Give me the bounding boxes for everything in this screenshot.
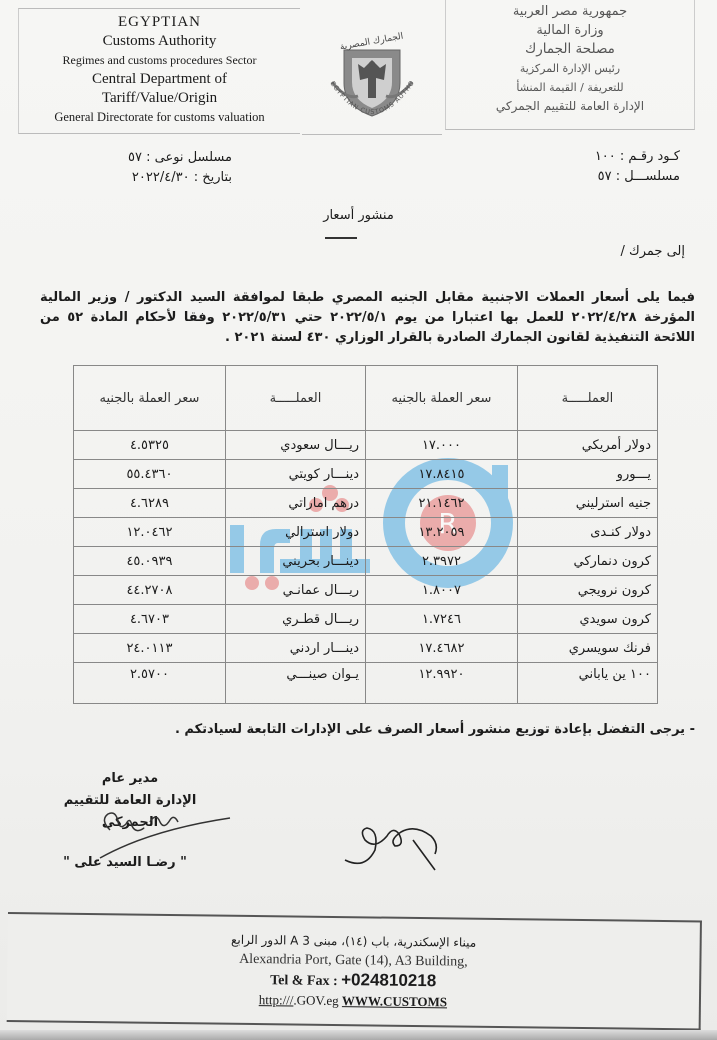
table-row: كرون سويدي ١.٧٢٤٦ ريـــال قطـري ٤.٦٧٠٣ <box>74 605 658 634</box>
tel-label: Tel & Fax : <box>270 973 341 989</box>
currency-rate: ٤.٦٧٠٣ <box>74 605 226 634</box>
currency-rate: ٤.٦٢٨٩ <box>74 489 226 518</box>
currency-name: كرون سويدي <box>517 605 657 634</box>
footer-contact-box: ميناء الإسكندرية، باب (١٤)، مبنى 3 A الد… <box>7 912 702 1030</box>
document-page: EGYPTIAN Customs Authority Regimes and c… <box>0 0 717 1040</box>
currency-rate: ١.٧٢٤٦ <box>366 605 518 634</box>
type-serial: مسلسل نوعى : ٥٧ <box>62 148 232 168</box>
currency-name: يـوان صينـــي <box>225 663 365 704</box>
currency-rate: ٢١.١٤٦٢ <box>366 489 518 518</box>
currency-name: ريـــال عمانـي <box>225 576 365 605</box>
header-ar-line-1: جمهورية مصر العربية <box>446 2 694 21</box>
exchange-rates-table: العملـــــة سعر العملة بالجنيه العملــــ… <box>73 365 658 704</box>
table-row: فرنك سويسري ١٧.٤٦٨٢ دينـــار اردني ٢٤.٠١… <box>74 634 658 663</box>
currency-name: دولار كنـدى <box>517 518 657 547</box>
currency-rate: ١٢.٠٤٦٢ <box>74 518 226 547</box>
currency-rate: ١٣.٢٠٥٩ <box>366 518 518 547</box>
table-row: دولار كنـدى ١٣.٢٠٥٩ دولار استرالي ١٢.٠٤٦… <box>74 518 658 547</box>
currency-rate: ٤.٥٣٢٥ <box>74 431 226 460</box>
currency-name: جنيه استرليني <box>517 489 657 518</box>
title-underline <box>325 237 357 239</box>
type-serial-date-block: مسلسل نوعى : ٥٧ بتاريخ : ٢٠٢٢/٤/٣٠ <box>62 148 232 188</box>
currency-name: دولار أمريكي <box>517 431 657 460</box>
currency-rate: ١٧.٤٦٨٢ <box>366 634 518 663</box>
currency-name: كرون نرويجي <box>517 576 657 605</box>
header-en-line-5: Tariff/Value/Origin <box>19 89 300 108</box>
header-ar-line-2: وزارة المالية <box>446 21 694 40</box>
header-english-block: EGYPTIAN Customs Authority Regimes and c… <box>18 8 300 134</box>
currency-name: ١٠٠ ين ياباني <box>517 663 657 704</box>
currency-rate: ٤٤.٢٧٠٨ <box>74 576 226 605</box>
table-header-row: العملـــــة سعر العملة بالجنيه العملــــ… <box>74 366 658 431</box>
tel-number: +024810218 <box>341 970 436 990</box>
currency-rate: ١.٨٠٠٧ <box>366 576 518 605</box>
currency-rate: ٢٤.٠١١٣ <box>74 634 226 663</box>
currency-name: دينـــار كويتي <box>225 460 365 489</box>
header-ar-line-6: الإدارة العامة للتقييم الجمركي <box>446 97 694 116</box>
currency-name: يـــورو <box>517 460 657 489</box>
table-row: ١٠٠ ين ياباني ١٢.٩٩٢٠ يـوان صينـــي ٢.٥٧… <box>74 663 658 704</box>
currency-name: فرنك سويسري <box>517 634 657 663</box>
table-row: دولار أمريكي ١٧.٠٠٠ ريـــال سعودي ٤.٥٣٢٥ <box>74 431 658 460</box>
currency-name: دولار استرالي <box>225 518 365 547</box>
currency-name: ريـــال قطـري <box>225 605 365 634</box>
distribution-note: - يرجى التفضل بإعادة توزيع منشور أسعار ا… <box>150 722 695 737</box>
currency-name: درهم اماراتي <box>225 489 365 518</box>
table-row: يـــورو ١٧.٨٤١٥ دينـــار كويتي ٥٥.٤٣٦٠ <box>74 460 658 489</box>
header-en-line-2: Customs Authority <box>19 32 300 51</box>
currency-rate: ١٧.٨٤١٥ <box>366 460 518 489</box>
table-row: كرون دنماركي ٢.٣٩٧٢ دينـــار بحريني ٤٥.٠… <box>74 547 658 576</box>
code-serial-block: كـود رقـم : ١٠٠ مسلســـل : ٥٧ <box>560 147 680 187</box>
currency-rate: ٢.٥٧٠٠ <box>74 663 226 704</box>
currency-name: ريـــال سعودي <box>225 431 365 460</box>
currency-rate: ٥٥.٤٣٦٠ <box>74 460 226 489</box>
header-en-line-3: Regimes and customs procedures Sector <box>19 51 300 70</box>
code-number: كـود رقـم : ١٠٠ <box>560 147 680 167</box>
addressee: إلى جمرك / <box>560 244 685 259</box>
intro-paragraph: فيما يلى أسعار العملات الاجنبية مقابل ال… <box>40 288 695 348</box>
currency-rate: ٤٥.٠٩٣٩ <box>74 547 226 576</box>
header-ar-line-5: للتعريفة / القيمة المنشأ <box>446 78 694 97</box>
table-row: كرون نرويجي ١.٨٠٠٧ ريـــال عمانـي ٤٤.٢٧٠… <box>74 576 658 605</box>
website-domain: .GOV.eg <box>293 992 342 1008</box>
handwritten-signature-icon <box>90 800 240 860</box>
header-en-line-6: General Directorate for customs valuatio… <box>19 108 300 127</box>
customs-logo: الجمارك المصرية EGYPTIAN CUSTOMS AUTHORI… <box>302 8 442 135</box>
svg-text:الجمارك المصرية: الجمارك المصرية <box>339 32 404 53</box>
handwritten-signature-icon <box>335 810 445 875</box>
signer-role: مدير عام <box>40 768 220 790</box>
header-rate-2: سعر العملة بالجنيه <box>74 366 226 431</box>
header-arabic-block: جمهورية مصر العربية وزارة المالية مصلحة … <box>445 0 695 130</box>
currency-rate: ١٧.٠٠٠ <box>366 431 518 460</box>
signer-name: " رضـا السيد على " <box>40 855 210 870</box>
header-currency-2: العملـــــة <box>225 366 365 431</box>
scan-edge <box>0 1030 717 1040</box>
document-title: منشور أسعار <box>0 208 717 223</box>
header-en-line-1: EGYPTIAN <box>19 13 300 32</box>
currency-name: دينـــار اردني <box>225 634 365 663</box>
website-link[interactable]: WWW.CUSTOMS <box>342 993 447 1009</box>
header-ar-line-4: رئيس الإدارة المركزية <box>446 59 694 78</box>
header-currency-1: العملـــــة <box>517 366 657 431</box>
issue-date: بتاريخ : ٢٠٢٢/٤/٣٠ <box>62 168 232 188</box>
currency-name: دينـــار بحريني <box>225 547 365 576</box>
currency-rate: ٢.٣٩٧٢ <box>366 547 518 576</box>
serial-number: مسلســـل : ٥٧ <box>560 167 680 187</box>
website-prefix[interactable]: http:/// <box>259 992 294 1007</box>
table-row: جنيه استرليني ٢١.١٤٦٢ درهم اماراتي ٤.٦٢٨… <box>74 489 658 518</box>
currency-rate: ١٢.٩٩٢٠ <box>366 663 518 704</box>
currency-name: كرون دنماركي <box>517 547 657 576</box>
eagle-shield-emblem-icon: الجمارك المصرية EGYPTIAN CUSTOMS AUTHORI… <box>302 8 442 134</box>
header-rate-1: سعر العملة بالجنيه <box>366 366 518 431</box>
header-en-line-4: Central Department of <box>19 70 300 89</box>
header-ar-line-3: مصلحة الجمارك <box>446 40 694 59</box>
